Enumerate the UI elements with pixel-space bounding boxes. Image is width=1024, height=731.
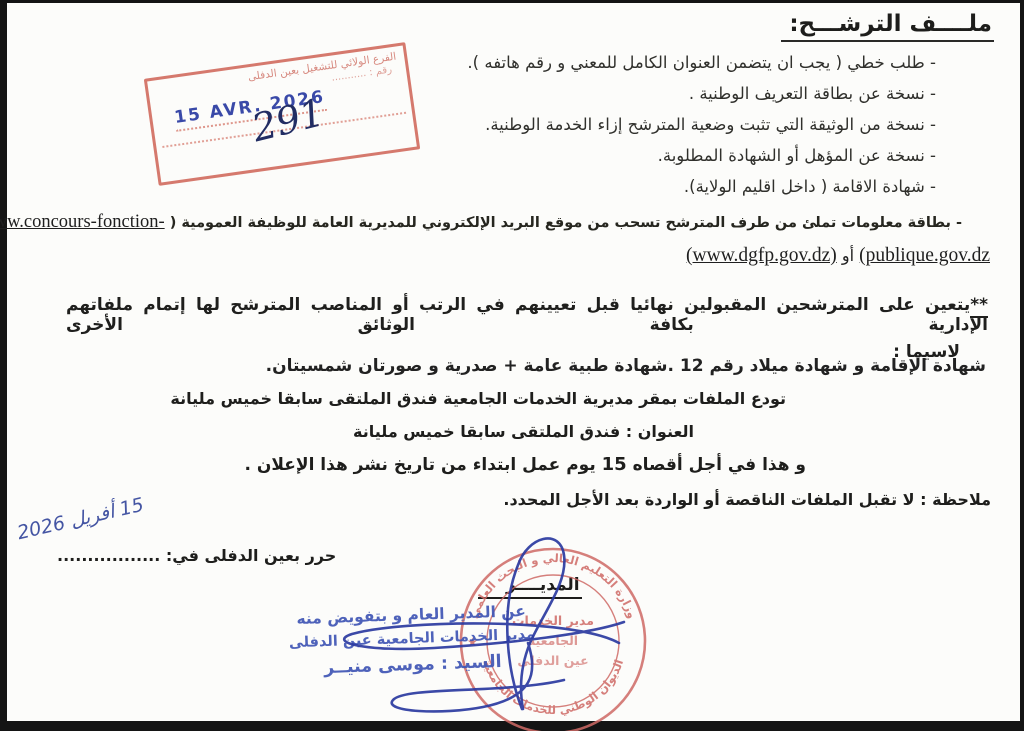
url-publique: (publique.gov.dz (859, 245, 990, 266)
url-concours-fonction: www.concours-fonction- (0, 212, 165, 232)
url-dgfp: (www.dgfp.gov.dz) (686, 245, 837, 266)
list-item: - طلب خطي ( يجب ان يتضمن العنوان الكامل … (467, 53, 936, 72)
remark-line: ملاحظة : لا تقبل الملفات الناقصة أو الوا… (503, 490, 991, 509)
red-registry-stamp: الفرع الولائي للتشغيل بعين الدفلى رقم : … (144, 42, 420, 186)
paragraph-text: يتعين على المترشحين المقبولين نهائيا قبل… (66, 295, 988, 335)
list-item: - نسخة من الوثيقة التي تثبت وضعية المترش… (467, 115, 936, 134)
page-title: ملــــف الترشـــح: (781, 11, 994, 42)
info-card-line: - بطاقة معلومات تملئ من طرف المترشح تسحب… (0, 212, 962, 233)
additional-documents-line: شهادة الإقامة و شهادة ميلاد رقم 12 .شهاد… (266, 356, 986, 376)
requirements-list: - طلب خطي ( يجب ان يتضمن العنوان الكامل … (467, 53, 936, 208)
handwritten-date: 15 أفريل 2026 (15, 494, 146, 544)
url-second-line: (www.dgfp.gov.dz) أو (publique.gov.dz (686, 245, 990, 267)
issued-at-line: حرر بعين الدفلى في: ................. (57, 546, 336, 565)
deadline-days-number: 15 (602, 454, 627, 475)
paragraph-line: **يتعين على المترشحين المقبولين نهائيا ق… (66, 295, 988, 335)
deposit-location-line: تودع الملفات بمقر مديرية الخدمات الجامعي… (170, 389, 786, 408)
document-content: ملــــف الترشـــح: - طلب خطي ( يجب ان يت… (0, 0, 1024, 731)
scanned-document: ملــــف الترشـــح: - طلب خطي ( يجب ان يت… (0, 0, 1024, 731)
address-line: العنوان : فندق الملتقى سابقا خميس مليانة (353, 422, 694, 441)
handwritten-signature (322, 521, 657, 726)
list-item: - نسخة عن بطاقة التعريف الوطنية . (467, 84, 936, 103)
list-item: - نسخة عن المؤهل أو الشهادة المطلوبة. (467, 146, 936, 165)
deadline-line: و هذا في أجل أقصاه 15 يوم عمل ابتداء من … (245, 454, 807, 475)
deadline-text-a: و هذا في أجل أقصاه (627, 455, 806, 475)
or-word: أو (837, 246, 859, 265)
info-card-text: - بطاقة معلومات تملئ من طرف المترشح تسحب… (165, 215, 962, 231)
list-item: - شهادة الاقامة ( داخل اقليم الولاية). (467, 177, 936, 196)
deadline-text-b: يوم عمل ابتداء من تاريخ نشر هذا الإعلان … (245, 455, 602, 475)
final-admission-paragraph: **يتعين على المترشحين المقبولين نهائيا ق… (66, 295, 988, 362)
